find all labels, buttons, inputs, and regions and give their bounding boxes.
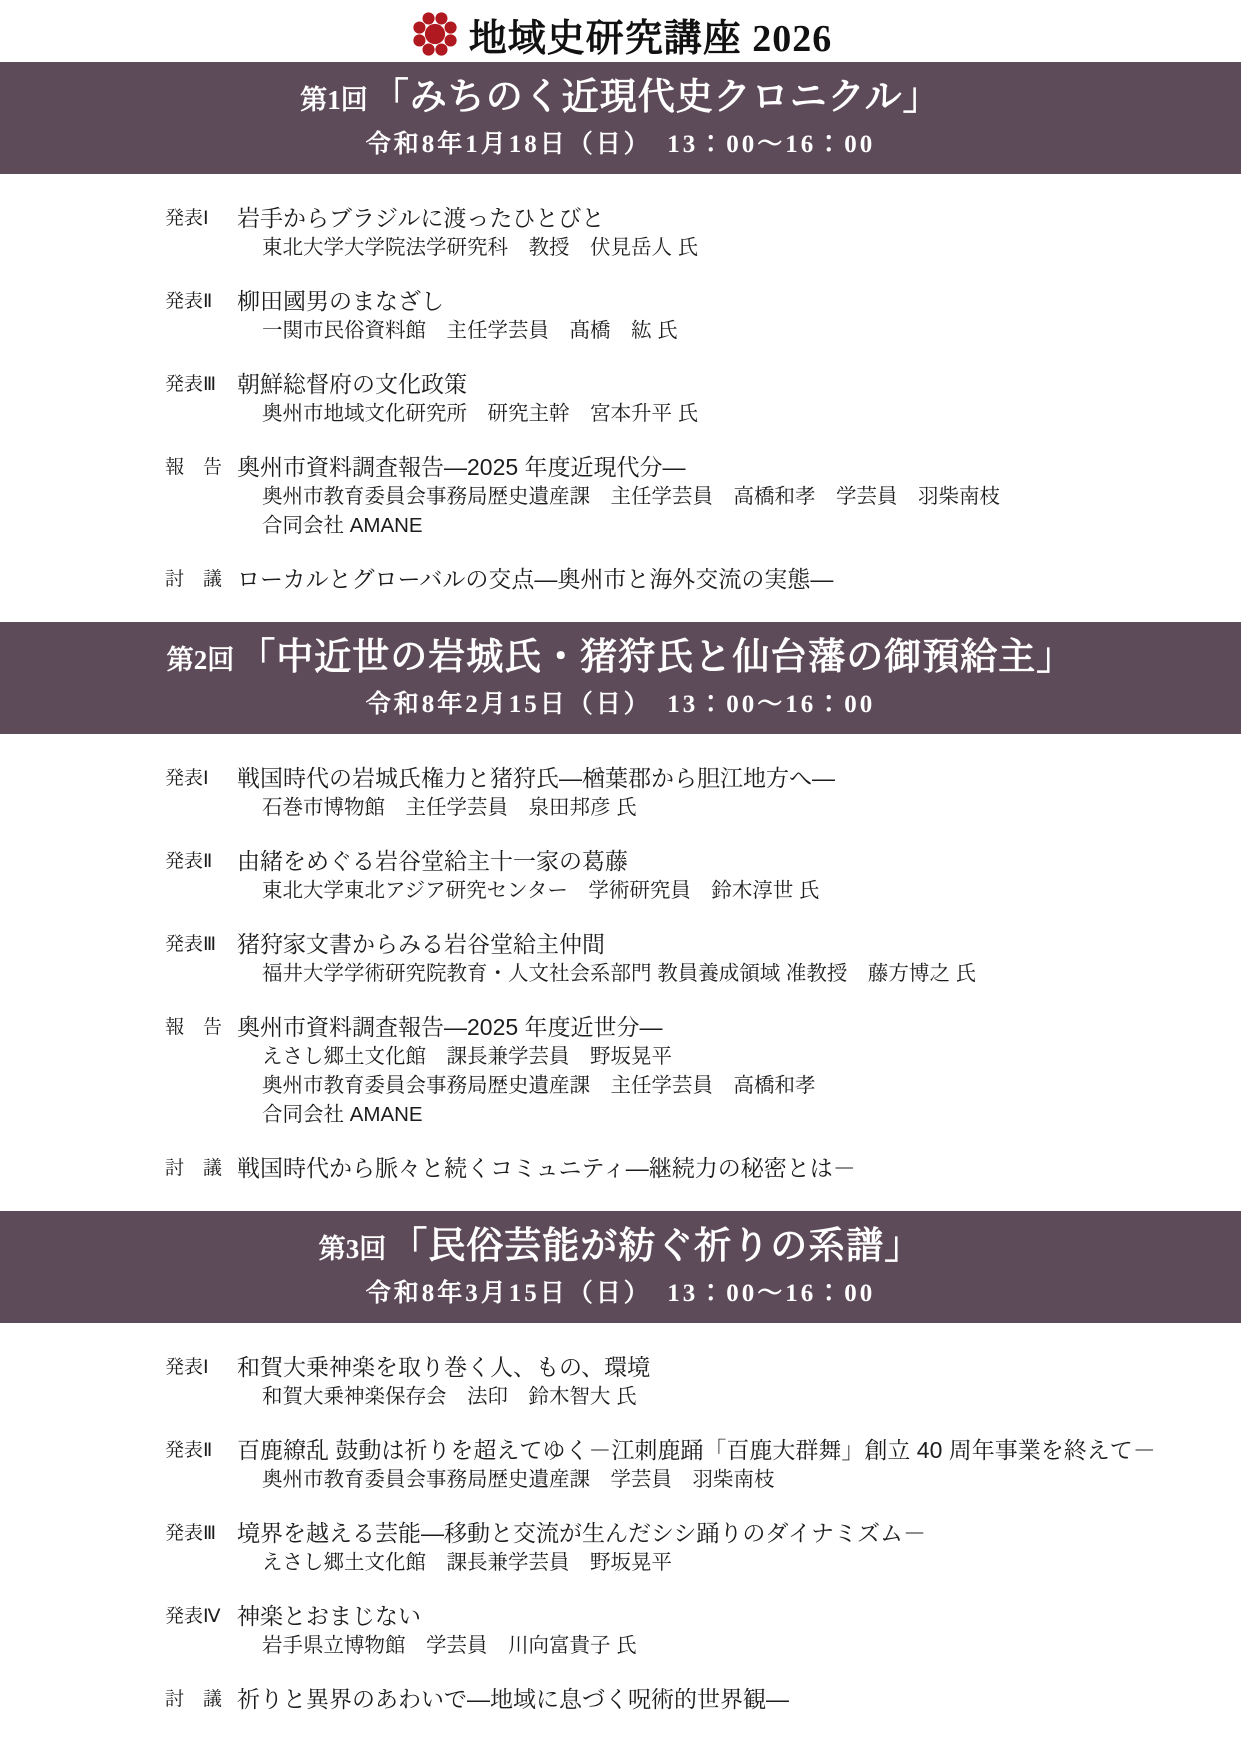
item-body: 戦国時代から脈々と続くコミュニティ—継続力の秘密とは－ — [237, 1154, 1225, 1183]
program-item: 発表Ⅳ 神楽とおまじない 岩手県立博物館 学芸員 川向富貴子 氏 — [165, 1602, 1225, 1660]
item-body: 由緒をめぐる岩谷堂給主十一家の葛藤 東北大学東北アジア研究センター 学術研究員 … — [237, 847, 1225, 905]
session-datetime: 令和8年3月15日（日） 13：00～16：00 — [0, 1277, 1241, 1311]
session-banner-title-line: 第3回「民俗芸能が紡ぐ祈りの系譜」 — [0, 1224, 1241, 1277]
page-title: 地域史研究講座 2026 — [469, 7, 833, 62]
session-title: 「民俗芸能が紡ぐ祈りの系譜」 — [390, 1226, 922, 1267]
item-credit: 奥州市教育委員会事務局歴史遺産課 主任学芸員 高橋和孝 学芸員 羽柴南枝 — [237, 482, 1225, 511]
item-label: 発表Ⅲ — [165, 1519, 237, 1548]
item-label: 発表Ⅲ — [165, 370, 237, 399]
red-dot-cluster-icon — [409, 9, 461, 59]
program-item: 報 告 奥州市資料調査報告—2025 年度近現代分— 奥州市教育委員会事務局歴史… — [165, 453, 1225, 540]
item-label: 発表Ⅱ — [165, 1436, 237, 1465]
item-credit: 東北大学東北アジア研究センター 学術研究員 鈴木淳世 氏 — [237, 876, 1225, 905]
item-credit: 一関市民俗資料館 主任学芸員 髙橋 紘 氏 — [237, 316, 1225, 345]
item-body: 百鹿繚乱 鼓動は祈りを超えてゆく－江刺鹿踊「百鹿大群舞」創立 40 周年事業を終… — [237, 1436, 1225, 1494]
item-body: 神楽とおまじない 岩手県立博物館 学芸員 川向富貴子 氏 — [237, 1602, 1225, 1660]
item-title: 由緒をめぐる岩谷堂給主十一家の葛藤 — [237, 847, 1225, 876]
item-title: 祈りと異界のあわいで—地域に息づく呪術的世界観— — [237, 1685, 1225, 1714]
item-title: 柳田國男のまなざし — [237, 287, 1225, 316]
session-title: 「みちのく近現代史クロニクル」 — [372, 77, 941, 118]
session: 第2回「中近世の岩城氏・猪狩氏と仙台藩の御預給主」 令和8年2月15日（日） 1… — [0, 622, 1241, 1211]
item-body: 祈りと異界のあわいで—地域に息づく呪術的世界観— — [237, 1685, 1225, 1714]
program: 第1回「みちのく近現代史クロニクル」 令和8年1月18日（日） 13：00～16… — [0, 62, 1241, 1742]
program-item: 発表Ⅱ 由緒をめぐる岩谷堂給主十一家の葛藤 東北大学東北アジア研究センター 学術… — [165, 847, 1225, 905]
session-banner: 第1回「みちのく近現代史クロニクル」 令和8年1月18日（日） 13：00～16… — [0, 62, 1241, 174]
item-label: 報 告 — [165, 453, 237, 482]
item-credit: 石巻市博物館 主任学芸員 泉田邦彦 氏 — [237, 793, 1225, 822]
item-label: 討 議 — [165, 1685, 237, 1714]
program-item: 発表Ⅲ 境界を越える芸能—移動と交流が生んだシシ踊りのダイナミズム－ えさし郷土… — [165, 1519, 1225, 1577]
session-title: 「中近世の岩城氏・猪狩氏と仙台藩の御預給主」 — [238, 637, 1074, 678]
program-item: 発表Ⅰ 和賀大乗神楽を取り巻く人、もの、環境 和賀大乗神楽保存会 法印 鈴木智大… — [165, 1353, 1225, 1411]
item-label: 発表Ⅰ — [165, 764, 237, 793]
item-credit: 合同会社 AMANE — [237, 511, 1225, 540]
program-item: 討 議 戦国時代から脈々と続くコミュニティ—継続力の秘密とは－ — [165, 1154, 1225, 1183]
item-body: 岩手からブラジルに渡ったひとびと 東北大学大学院法学研究科 教授 伏見岳人 氏 — [237, 204, 1225, 262]
session-banner-title-line: 第2回「中近世の岩城氏・猪狩氏と仙台藩の御預給主」 — [0, 635, 1241, 688]
page-header: 地域史研究講座 2026 — [0, 0, 1241, 62]
item-body: 奥州市資料調査報告—2025 年度近現代分— 奥州市教育委員会事務局歴史遺産課 … — [237, 453, 1225, 540]
program-item: 発表Ⅱ 百鹿繚乱 鼓動は祈りを超えてゆく－江刺鹿踊「百鹿大群舞」創立 40 周年… — [165, 1436, 1225, 1494]
program-item: 報 告 奥州市資料調査報告—2025 年度近世分— えさし郷土文化館 課長兼学芸… — [165, 1013, 1225, 1129]
item-credit: 和賀大乗神楽保存会 法印 鈴木智大 氏 — [237, 1382, 1225, 1411]
item-label: 発表Ⅰ — [165, 204, 237, 233]
session-number: 第3回 — [319, 1234, 387, 1264]
item-title: 岩手からブラジルに渡ったひとびと — [237, 204, 1225, 233]
item-title: 戦国時代から脈々と続くコミュニティ—継続力の秘密とは－ — [237, 1154, 1225, 1183]
session-items: 発表Ⅰ 戦国時代の岩城氏権力と猪狩氏—楢葉郡から胆江地方へ— 石巻市博物館 主任… — [0, 734, 1241, 1211]
session-items: 発表Ⅰ 岩手からブラジルに渡ったひとびと 東北大学大学院法学研究科 教授 伏見岳… — [0, 174, 1241, 622]
item-title: 戦国時代の岩城氏権力と猪狩氏—楢葉郡から胆江地方へ— — [237, 764, 1225, 793]
item-body: 奥州市資料調査報告—2025 年度近世分— えさし郷土文化館 課長兼学芸員 野坂… — [237, 1013, 1225, 1129]
program-item: 討 議 祈りと異界のあわいで—地域に息づく呪術的世界観— — [165, 1685, 1225, 1714]
item-credit: 奥州市教育委員会事務局歴史遺産課 主任学芸員 高橋和孝 — [237, 1071, 1225, 1100]
item-credit: えさし郷土文化館 課長兼学芸員 野坂晃平 — [237, 1548, 1225, 1577]
item-body: 境界を越える芸能—移動と交流が生んだシシ踊りのダイナミズム－ えさし郷土文化館 … — [237, 1519, 1225, 1577]
item-title: 猪狩家文書からみる岩谷堂給主仲間 — [237, 930, 1225, 959]
program-item: 発表Ⅲ 猪狩家文書からみる岩谷堂給主仲間 福井大学学術研究院教育・人文社会系部門… — [165, 930, 1225, 988]
session-banner: 第3回「民俗芸能が紡ぐ祈りの系譜」 令和8年3月15日（日） 13：00～16：… — [0, 1211, 1241, 1323]
item-credit: 福井大学学術研究院教育・人文社会系部門 教員養成領域 准教授 藤方博之 氏 — [237, 959, 1225, 988]
item-body: 和賀大乗神楽を取り巻く人、もの、環境 和賀大乗神楽保存会 法印 鈴木智大 氏 — [237, 1353, 1225, 1411]
session-items: 発表Ⅰ 和賀大乗神楽を取り巻く人、もの、環境 和賀大乗神楽保存会 法印 鈴木智大… — [0, 1323, 1241, 1742]
item-title: 和賀大乗神楽を取り巻く人、もの、環境 — [237, 1353, 1225, 1382]
session-number: 第1回 — [300, 85, 368, 115]
program-item: 討 議 ローカルとグローバルの交点—奥州市と海外交流の実態— — [165, 565, 1225, 594]
item-body: 朝鮮総督府の文化政策 奥州市地域文化研究所 研究主幹 宮本升平 氏 — [237, 370, 1225, 428]
item-title: 奥州市資料調査報告—2025 年度近世分— — [237, 1013, 1225, 1042]
item-body: ローカルとグローバルの交点—奥州市と海外交流の実態— — [237, 565, 1225, 594]
item-label: 発表Ⅰ — [165, 1353, 237, 1382]
item-credit: 合同会社 AMANE — [237, 1100, 1225, 1129]
item-label: 討 議 — [165, 565, 237, 594]
item-title: 百鹿繚乱 鼓動は祈りを超えてゆく－江刺鹿踊「百鹿大群舞」創立 40 周年事業を終… — [237, 1436, 1225, 1465]
program-item: 発表Ⅲ 朝鮮総督府の文化政策 奥州市地域文化研究所 研究主幹 宮本升平 氏 — [165, 370, 1225, 428]
item-label: 討 議 — [165, 1154, 237, 1183]
item-label: 発表Ⅲ — [165, 930, 237, 959]
item-credit: 奥州市教育委員会事務局歴史遺産課 学芸員 羽柴南枝 — [237, 1465, 1225, 1494]
session-number: 第2回 — [167, 645, 235, 675]
program-item: 発表Ⅱ 柳田國男のまなざし 一関市民俗資料館 主任学芸員 髙橋 紘 氏 — [165, 287, 1225, 345]
item-title: 奥州市資料調査報告—2025 年度近現代分— — [237, 453, 1225, 482]
item-body: 戦国時代の岩城氏権力と猪狩氏—楢葉郡から胆江地方へ— 石巻市博物館 主任学芸員 … — [237, 764, 1225, 822]
item-credit: 東北大学大学院法学研究科 教授 伏見岳人 氏 — [237, 233, 1225, 262]
session-datetime: 令和8年2月15日（日） 13：00～16：00 — [0, 688, 1241, 722]
item-label: 報 告 — [165, 1013, 237, 1042]
session-banner-title-line: 第1回「みちのく近現代史クロニクル」 — [0, 75, 1241, 128]
item-label: 発表Ⅳ — [165, 1602, 237, 1631]
item-title: ローカルとグローバルの交点—奥州市と海外交流の実態— — [237, 565, 1225, 594]
program-item: 発表Ⅰ 戦国時代の岩城氏権力と猪狩氏—楢葉郡から胆江地方へ— 石巻市博物館 主任… — [165, 764, 1225, 822]
item-title: 神楽とおまじない — [237, 1602, 1225, 1631]
item-title: 朝鮮総督府の文化政策 — [237, 370, 1225, 399]
item-credit: 奥州市地域文化研究所 研究主幹 宮本升平 氏 — [237, 399, 1225, 428]
item-body: 柳田國男のまなざし 一関市民俗資料館 主任学芸員 髙橋 紘 氏 — [237, 287, 1225, 345]
item-label: 発表Ⅱ — [165, 847, 237, 876]
item-label: 発表Ⅱ — [165, 287, 237, 316]
program-item: 発表Ⅰ 岩手からブラジルに渡ったひとびと 東北大学大学院法学研究科 教授 伏見岳… — [165, 204, 1225, 262]
item-credit: 岩手県立博物館 学芸員 川向富貴子 氏 — [237, 1631, 1225, 1660]
session-datetime: 令和8年1月18日（日） 13：00～16：00 — [0, 128, 1241, 162]
item-title: 境界を越える芸能—移動と交流が生んだシシ踊りのダイナミズム－ — [237, 1519, 1225, 1548]
session: 第3回「民俗芸能が紡ぐ祈りの系譜」 令和8年3月15日（日） 13：00～16：… — [0, 1211, 1241, 1742]
session: 第1回「みちのく近現代史クロニクル」 令和8年1月18日（日） 13：00～16… — [0, 62, 1241, 622]
item-credit: えさし郷土文化館 課長兼学芸員 野坂晃平 — [237, 1042, 1225, 1071]
item-body: 猪狩家文書からみる岩谷堂給主仲間 福井大学学術研究院教育・人文社会系部門 教員養… — [237, 930, 1225, 988]
session-banner: 第2回「中近世の岩城氏・猪狩氏と仙台藩の御預給主」 令和8年2月15日（日） 1… — [0, 622, 1241, 734]
